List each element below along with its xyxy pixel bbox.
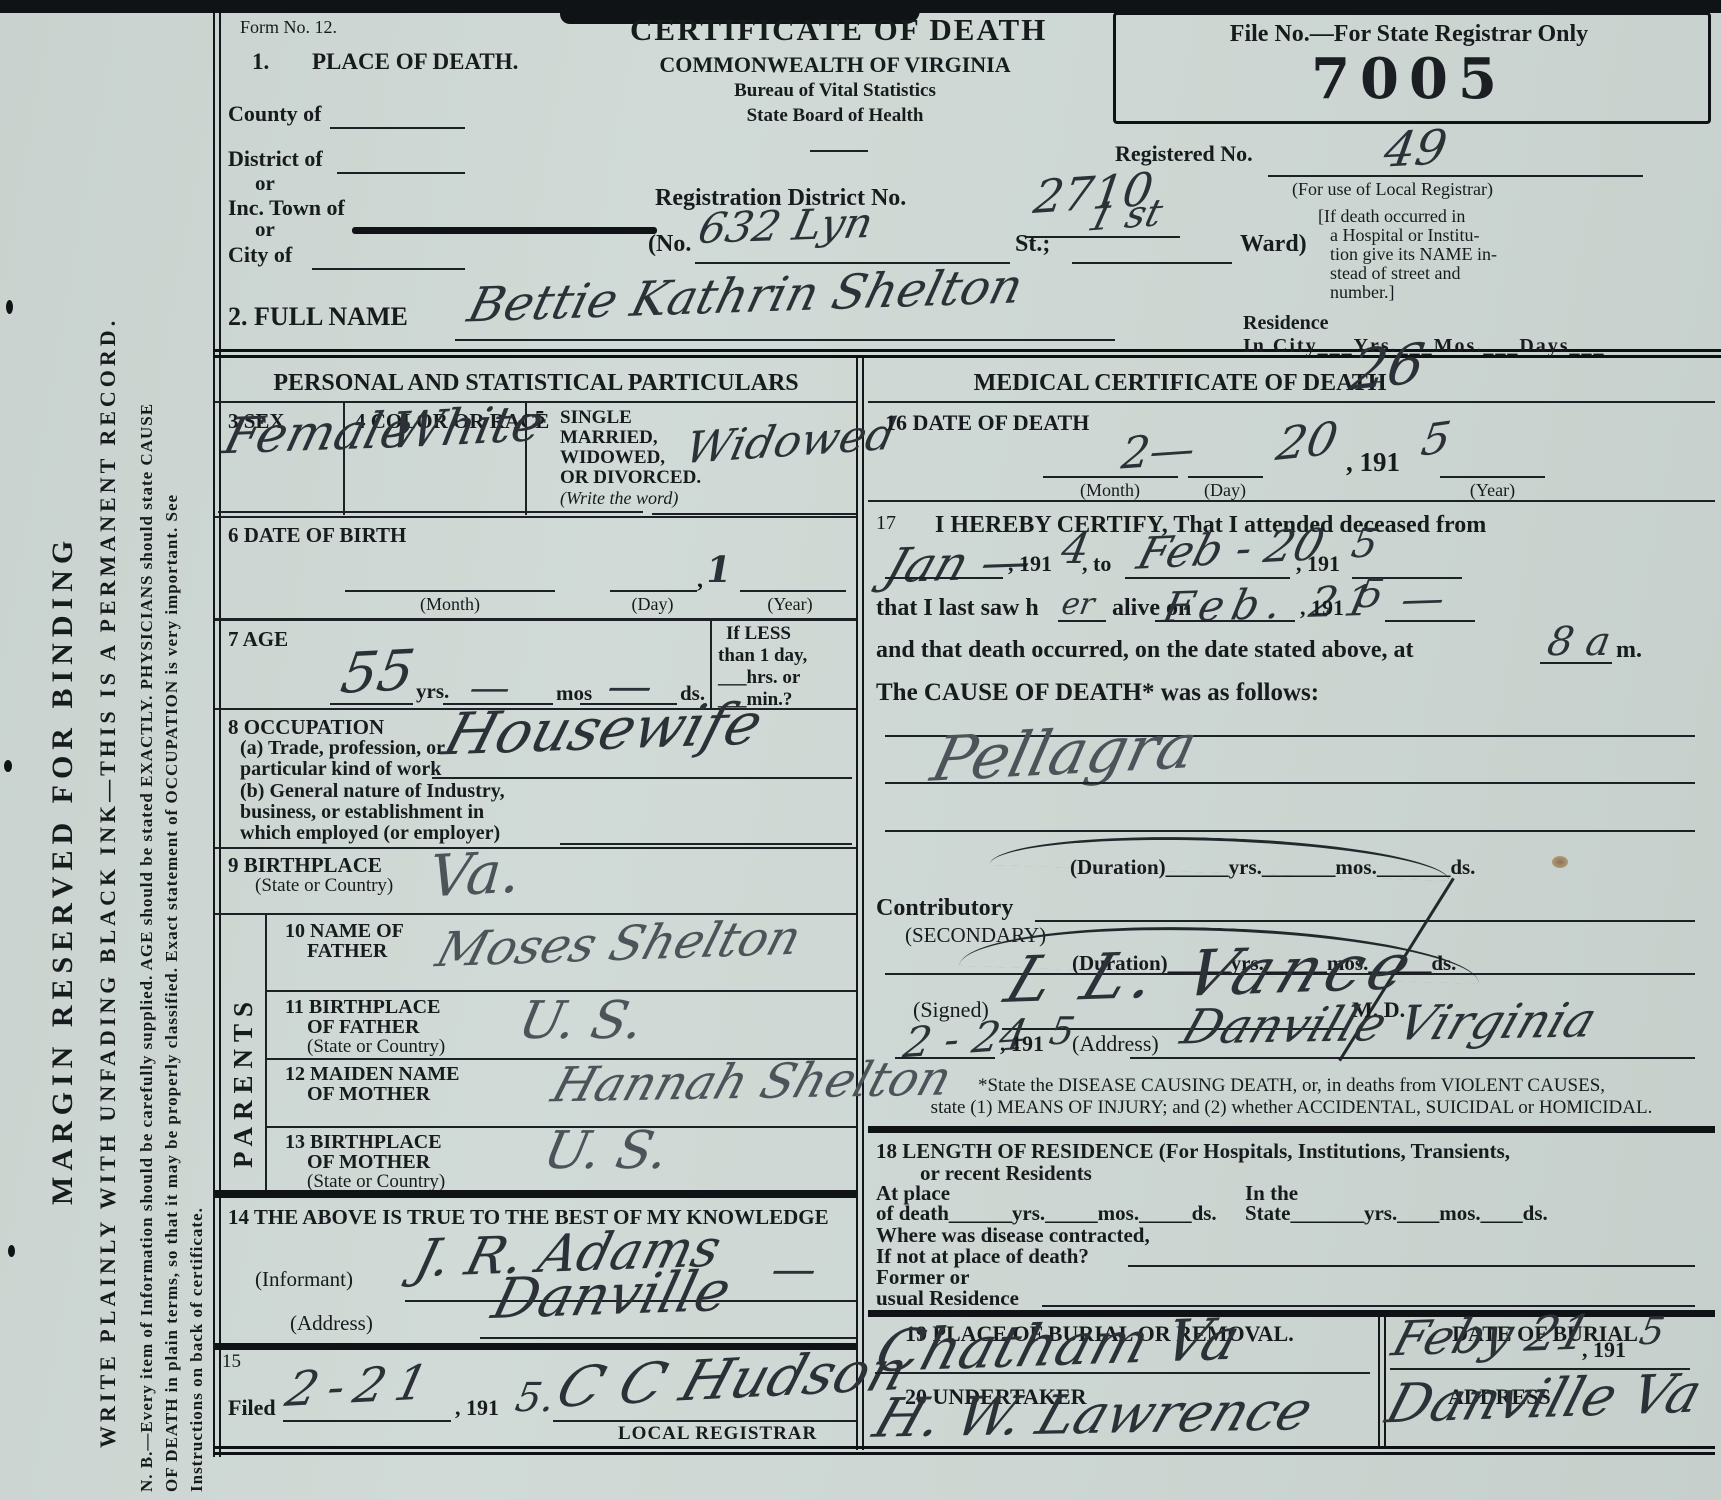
- last-saw-year-line: [1385, 620, 1475, 622]
- undertaker-address-value: Danville Va: [1381, 1367, 1708, 1432]
- registered-no-value: 49: [1381, 123, 1450, 174]
- attended-from-year-printed: , 191: [1008, 552, 1052, 575]
- full-name-value: Bettie Kathrin Shelton: [463, 262, 1027, 329]
- last-saw-year-printed: , 191: [1300, 596, 1344, 619]
- commonwealth-subtitle: COMMONWEALTH OF VIRGINIA: [630, 53, 1040, 76]
- age-yrs-label: yrs.: [416, 680, 449, 702]
- death-month-value: 2—: [1119, 428, 1196, 477]
- if-less-line2: than 1 day,: [718, 646, 807, 666]
- signed-year-printed: , 191: [1000, 1032, 1044, 1055]
- bureau-subtitle: Bureau of Vital Statistics: [630, 81, 1040, 101]
- dob-year-hint: (Year): [735, 595, 845, 614]
- full-name-label: 2. FULL NAME: [228, 303, 408, 330]
- attended-to-label: , to: [1082, 552, 1111, 575]
- marital-option-4: OR DIVORCED.: [560, 468, 701, 488]
- cause-of-death-label: The CAUSE OF DEATH* was as follows:: [876, 680, 1319, 706]
- st-label: St.;: [1015, 232, 1050, 257]
- contributory-line: [1035, 920, 1695, 922]
- death-month-hint: (Month): [1030, 481, 1190, 500]
- file-no-label: File No.—For State Registrar Only: [1123, 22, 1695, 47]
- residence-label: Residence: [1243, 313, 1329, 334]
- burial-place-line: [875, 1372, 1370, 1374]
- residence-days-annotation: 26: [1347, 336, 1428, 399]
- filed-year-printed: , 191: [455, 1396, 499, 1419]
- birthplace-hint: (State or Country): [255, 876, 393, 896]
- birthplace-label: 9 BIRTHPLACE: [228, 854, 382, 876]
- ward-value: 1 st: [1084, 194, 1166, 237]
- street-value: 632 Lyn: [695, 202, 877, 250]
- father-name-label2: FATHER: [307, 941, 387, 962]
- occupation-a-line: [432, 777, 852, 779]
- parents-bottom-heavy-rule: [215, 1190, 856, 1198]
- race-value: White: [386, 398, 547, 456]
- dob-month-line: [345, 590, 555, 592]
- death-time-suffix: m.: [1616, 638, 1642, 663]
- margin-ink-note: WRITE PLAINLY WITH UNFADING BLACK INK—TH…: [97, 317, 119, 1448]
- informant-address-line: [480, 1337, 856, 1339]
- file-no-value: 7005: [1123, 50, 1695, 109]
- dob-day-line: [610, 590, 697, 592]
- signed-date-line: [895, 1057, 995, 1059]
- margin-nb-line1: N. B.—Every item of Information should b…: [138, 403, 155, 1492]
- signed-address-label: (Address): [1072, 1032, 1159, 1055]
- occupation-value: Housewife: [438, 695, 769, 764]
- occupation-b-line1: (b) General nature of Industry,: [240, 781, 505, 802]
- informant-flourish: —: [768, 1248, 820, 1292]
- form-number: Form No. 12.: [240, 18, 337, 37]
- occupation-a-line1: (a) Trade, profession, or: [240, 738, 445, 759]
- parents-inner-divider: [265, 913, 267, 1190]
- if-less-line1: If LESS: [726, 624, 791, 644]
- registered-no-hint: (For use of Local Registrar): [1292, 180, 1493, 199]
- center-dash-rule: [810, 150, 868, 152]
- date-of-death-label: 16 DATE OF DEATH: [885, 411, 1089, 434]
- ward-label: Ward): [1240, 232, 1307, 257]
- ward-line: [1072, 262, 1232, 264]
- mother-bp-label3: (State or Country): [307, 1172, 445, 1192]
- age-label: 7 AGE: [228, 628, 288, 650]
- hospital-note-line1: [If death occurred in: [1318, 207, 1465, 226]
- undertaker-value: H. W. Lawrence: [867, 1384, 1319, 1446]
- county-label: County of: [228, 102, 322, 125]
- attended-from-line: [885, 577, 1003, 579]
- marital-hint: (Write the word): [560, 489, 678, 508]
- at-place-units-line: of death______yrs._____mos._____ds.: [876, 1202, 1217, 1224]
- personal-section-title: PERSONAL AND STATISTICAL PARTICULARS: [226, 371, 846, 396]
- burial-place-value: Chatham Va: [870, 1310, 1247, 1380]
- city-line: [312, 268, 465, 270]
- birthplace-value: Va.: [427, 843, 522, 906]
- death-day-value: 20: [1273, 415, 1341, 467]
- hospital-note-line4: stead of street and: [1330, 264, 1460, 283]
- disease-contracted-label2: If not at place of death?: [876, 1245, 1089, 1267]
- mother-bp-label1: 13 BIRTHPLACE: [285, 1132, 442, 1153]
- mother-bp-label2: OF MOTHER: [307, 1152, 430, 1173]
- contributory-label: Contributory: [876, 896, 1013, 921]
- marital-option-1: SINGLE: [560, 408, 632, 428]
- marital-handline: [652, 513, 856, 515]
- margin-nb-line2: OF DEATH in plain terms, so that it may …: [163, 494, 180, 1492]
- informant-label: (Informant): [255, 1268, 353, 1290]
- left-border-rule: [213, 13, 221, 1457]
- occupation-b-line2: business, or establishment in: [240, 802, 484, 823]
- in-the-state-units-line: State_______yrs.____mos.____ds.: [1245, 1202, 1548, 1224]
- registrar-signature-line: [553, 1420, 856, 1422]
- cause-line-3: [885, 830, 1695, 832]
- place-of-death-title: PLACE OF DEATH.: [312, 50, 518, 74]
- death-day-line: [1188, 476, 1263, 478]
- column-divider-rule: [856, 358, 864, 1450]
- father-birthplace-value: U. S.: [514, 995, 647, 1047]
- burial-year-printed: , 191: [1582, 1338, 1626, 1361]
- mother-name-label1: 12 MAIDEN NAME: [285, 1064, 459, 1085]
- father-bp-label2: OF FATHER: [307, 1017, 419, 1038]
- item-15-number: 15: [222, 1352, 241, 1372]
- scan-blot-top-right: [1660, 0, 1721, 10]
- board-subtitle: State Board of Health: [630, 106, 1040, 126]
- former-residence-label1: Former or: [876, 1266, 969, 1288]
- dob-day-hint: (Day): [605, 595, 700, 614]
- last-saw-er-line: [1058, 620, 1106, 622]
- if-less-line3: ___hrs. or: [718, 668, 800, 688]
- parents-side-label: PARENTS: [230, 995, 257, 1168]
- scan-speck-3: [8, 1245, 15, 1257]
- rust-stain: [1552, 856, 1568, 868]
- signed-address-value: Danville Virginia: [1175, 996, 1602, 1051]
- place-section-number: 1.: [252, 50, 269, 74]
- street-no-label: (No.: [648, 232, 691, 257]
- inc-town-line: [352, 227, 657, 234]
- hospital-note-line3: tion give its NAME in-: [1330, 245, 1497, 264]
- dob-month-hint: (Month): [370, 595, 530, 614]
- death-time-value: 8 a: [1544, 622, 1613, 662]
- item-17-number: 17: [876, 513, 896, 534]
- dob-row-bottom-rule: [215, 618, 856, 621]
- registered-no-label: Registered No.: [1115, 142, 1253, 165]
- cause-line-2: [885, 782, 1695, 784]
- county-line: [330, 127, 465, 129]
- death-month-line: [1043, 476, 1178, 478]
- scan-speck-2: [4, 760, 12, 772]
- certificate-title: CERTIFICATE OF DEATH: [630, 14, 1040, 47]
- full-name-line: [455, 339, 1115, 341]
- mother-birthplace-value: U. S.: [539, 1125, 672, 1177]
- death-year-line: [1440, 476, 1545, 478]
- death-time-line: [1540, 662, 1612, 664]
- filed-label: Filed: [228, 1396, 276, 1419]
- dod-row-bottom-rule: [868, 500, 1715, 502]
- attended-to-year-value: 5: [1348, 524, 1381, 564]
- cause-of-death-value: Pellagra: [926, 715, 1203, 790]
- scan-speck-1: [6, 300, 13, 314]
- hospital-note-line2: a Hospital or Institu-: [1330, 226, 1479, 245]
- disease-contracted-label1: Where was disease contracted,: [876, 1224, 1150, 1246]
- footnote-line1: *State the DISEASE CAUSING DEATH, or, in…: [868, 1076, 1715, 1096]
- father-bp-label3: (State or Country): [307, 1037, 445, 1057]
- filed-date-value: 2-21: [281, 1358, 442, 1414]
- cause-duration-line: (Duration)______yrs._______mos._______ds…: [1070, 856, 1475, 878]
- city-label: City of: [228, 243, 292, 266]
- margin-binding-note: MARGIN RESERVED FOR BINDING: [48, 535, 78, 1205]
- marital-option-2: MARRIED,: [560, 428, 658, 448]
- last-saw-prefix: that I last saw h: [876, 596, 1039, 621]
- sex-row-bottom-rule: [215, 516, 856, 518]
- death-year-value: 5: [1418, 416, 1453, 463]
- marital-value: Widowed: [681, 413, 899, 471]
- disease-contracted-line: [1128, 1265, 1695, 1267]
- former-residence-line: [1042, 1305, 1695, 1307]
- father-name-label1: 10 NAME OF: [285, 921, 404, 942]
- or-label-2: or: [255, 218, 275, 240]
- local-registrar-label: LOCAL REGISTRAR: [618, 1424, 817, 1444]
- death-certificate-scan: MARGIN RESERVED FOR BINDING WRITE PLAINL…: [0, 0, 1721, 1500]
- age-yrs-line: [330, 703, 413, 705]
- occupation-label: 8 OCCUPATION: [228, 716, 384, 738]
- father-bp-label1: 11 BIRTHPLACE: [285, 997, 440, 1018]
- death-year-hint: (Year): [1435, 481, 1550, 500]
- last-saw-line: [1155, 620, 1295, 622]
- occupation-row-bottom-rule: [215, 847, 856, 849]
- death-year-printed: , 191: [1346, 448, 1400, 476]
- informant-address-value: Danville: [487, 1264, 736, 1328]
- registered-no-line: [1268, 175, 1643, 177]
- father-name-value: Moses Shelton: [431, 914, 806, 974]
- inc-town-label: Inc. Town of: [228, 196, 345, 219]
- dob-day-value: 1: [703, 552, 734, 588]
- district-label: District of: [228, 147, 323, 170]
- residence18-label1: 18 LENGTH OF RESIDENCE (For Hospitals, I…: [876, 1140, 1510, 1162]
- signed-address-line: [1130, 1057, 1695, 1059]
- dob-label: 6 DATE OF BIRTH: [228, 524, 406, 546]
- district-line: [337, 172, 465, 174]
- margin-nb-line3: Instructions on back of certificate.: [188, 1207, 205, 1492]
- hospital-note-line5: number.]: [1330, 283, 1395, 302]
- medical-title-rule: [868, 401, 1715, 403]
- age-value: 55: [337, 643, 418, 703]
- death-occurred-statement: and that death occurred, on the date sta…: [876, 638, 1414, 663]
- footnote-bottom-heavy-rule: [868, 1126, 1715, 1133]
- attended-to-year-printed: , 191: [1296, 552, 1340, 575]
- sex-race-handline: [218, 511, 643, 513]
- former-residence-label2: usual Residence: [876, 1287, 1019, 1309]
- footnote-line2: state (1) MEANS OF INJURY; and (2) wheth…: [868, 1098, 1715, 1118]
- last-saw-er-value: er: [1059, 590, 1096, 620]
- dob-year-line: [740, 590, 846, 592]
- occupation-b-line: [560, 843, 852, 845]
- burial-date-value: Feby 21: [1387, 1309, 1596, 1364]
- marital-option-3: WIDOWED,: [560, 448, 665, 468]
- filed-date-line: [283, 1420, 451, 1422]
- mother-name-label2: OF MOTHER: [307, 1084, 430, 1105]
- death-day-hint: (Day): [1175, 481, 1275, 500]
- or-label-1: or: [255, 172, 275, 194]
- informant-address-label: (Address): [290, 1312, 373, 1334]
- occupation-a-line2: particular kind of work: [240, 759, 441, 780]
